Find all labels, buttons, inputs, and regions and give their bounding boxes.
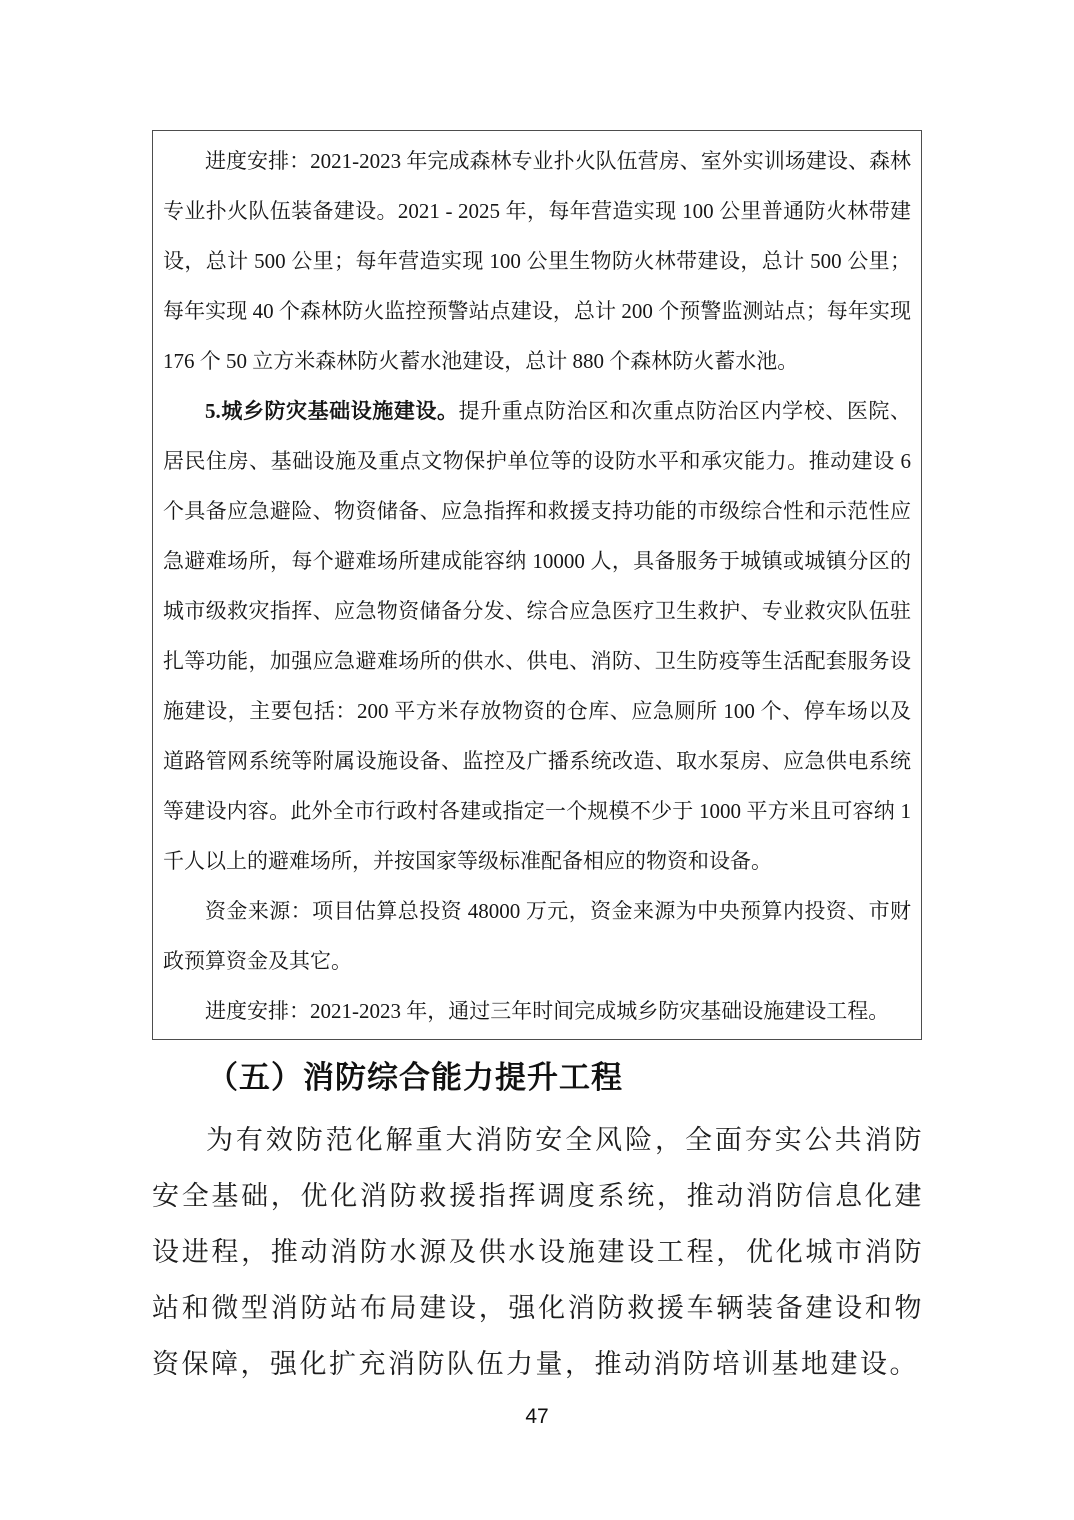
paragraph-urban-rural-infrastructure: 5.城乡防灾基础设施建设。提升重点防治区和次重点防治区内学校、医院、居民住房、基… <box>163 386 911 886</box>
paragraph-body-text: 提升重点防治区和次重点防治区内学校、医院、居民住房、基础设施及重点文物保护单位等… <box>163 399 911 873</box>
boxed-text-block: 进度安排：2021-2023 年完成森林专业扑火队伍营房、室外实训场建设、森林专… <box>152 130 922 1040</box>
paragraph-progress-schedule: 进度安排：2021-2023 年，通过三年时间完成城乡防灾基础设施建设工程。 <box>163 986 911 1036</box>
paragraph-funding-source: 资金来源：项目估算总投资 48000 万元，资金来源为中央预算内投资、市财政预算… <box>163 886 911 986</box>
paragraph-forest-progress-schedule: 进度安排：2021-2023 年完成森林专业扑火队伍营房、室外实训场建设、森林专… <box>163 136 911 386</box>
section-heading: （五）消防综合能力提升工程 <box>207 1056 967 1100</box>
document-page: 进度安排：2021-2023 年完成森林专业扑火队伍营房、室外实训场建设、森林专… <box>0 0 1074 1520</box>
page-number: 47 <box>0 1405 1074 1429</box>
section-intro-paragraph: 为有效防范化解重大消防安全风险，全面夯实公共消防安全基础，优化消防救援指挥调度系… <box>152 1112 924 1392</box>
paragraph-bold-lead: 5.城乡防灾基础设施建设。 <box>205 399 459 423</box>
